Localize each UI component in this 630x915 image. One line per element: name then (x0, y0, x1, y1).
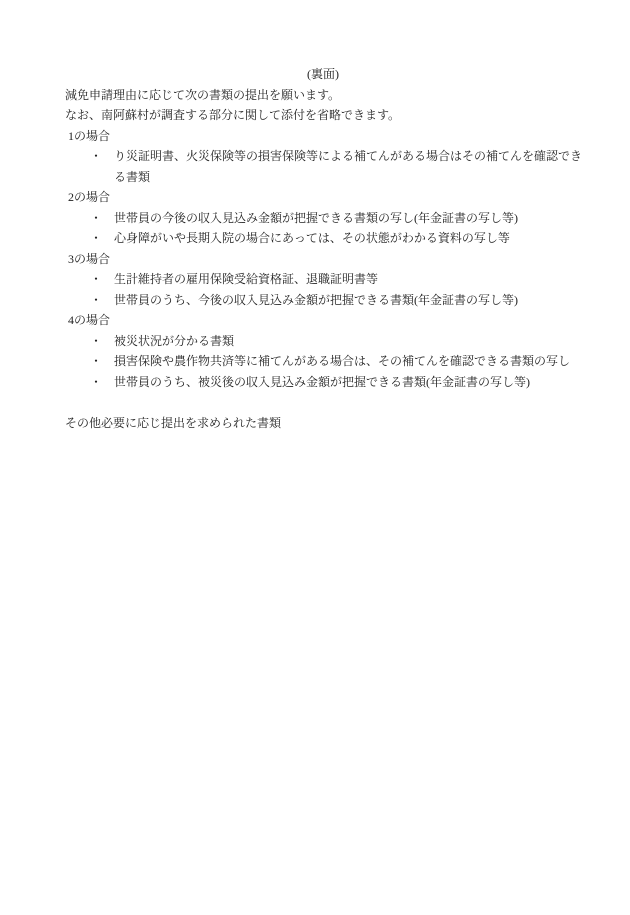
bullet-icon: ・ (90, 372, 114, 393)
case-section: 3の場合 ・ 生計維持者の雇用保険受給資格証、退職証明書等 ・ 世帯員のうち、今… (65, 249, 591, 311)
bullet-icon: ・ (90, 208, 114, 229)
document-list-item: ・ 心身障がいや長期入院の場合にあっては、その状態がわかる資料の写し等 (65, 228, 591, 249)
case-section: 1の場合 ・ り災証明書、火災保険等の損害保険等による補てんがある場合はその補て… (65, 126, 591, 188)
case-item-list: ・ 被災状況が分かる書類 ・ 損害保険や農作物共済等に補てんがある場合は、その補… (65, 331, 591, 393)
list-item-text: 心身障がいや長期入院の場合にあっては、その状態がわかる資料の写し等 (114, 228, 591, 249)
document-list-item: ・ 世帯員の今後の収入見込み金額が把握できる書類の写し(年金証書の写し等) (65, 208, 591, 229)
list-item-text: 世帯員のうち、今後の収入見込み金額が把握できる書類(年金証書の写し等) (114, 290, 591, 311)
list-item-text: 世帯員のうち、被災後の収入見込み金額が把握できる書類(年金証書の写し等) (114, 372, 591, 393)
case-item-list: ・ 世帯員の今後の収入見込み金額が把握できる書類の写し(年金証書の写し等) ・ … (65, 208, 591, 249)
document-list-item: ・ り災証明書、火災保険等の損害保険等による補てんがある場合はその補てんを確認で… (65, 146, 591, 187)
case-item-list: ・ 生計維持者の雇用保険受給資格証、退職証明書等 ・ 世帯員のうち、今後の収入見… (65, 269, 591, 310)
bullet-icon: ・ (90, 290, 114, 311)
document-list-item: ・ 損害保険や農作物共済等に補てんがある場合は、その補てんを確認できる書類の写し (65, 351, 591, 372)
intro-line-1: 減免申請理由に応じて次の書類の提出を願います。 (65, 85, 591, 106)
list-item-text: 世帯員の今後の収入見込み金額が把握できる書類の写し(年金証書の写し等) (114, 208, 591, 229)
case-heading: 4の場合 (65, 310, 591, 331)
case-item-list: ・ り災証明書、火災保険等の損害保険等による補てんがある場合はその補てんを確認で… (65, 146, 591, 187)
case-heading: 2の場合 (65, 187, 591, 208)
bullet-icon: ・ (90, 331, 114, 352)
case-sections: 1の場合 ・ り災証明書、火災保険等の損害保険等による補てんがある場合はその補て… (65, 126, 591, 393)
page-title: (裏面) (55, 64, 591, 85)
bullet-icon: ・ (90, 146, 114, 187)
document-page: (裏面) 減免申請理由に応じて次の書類の提出を願います。 なお、南阿蘇村が調査す… (0, 0, 630, 915)
document-list-item: ・ 被災状況が分かる書類 (65, 331, 591, 352)
case-heading: 3の場合 (65, 249, 591, 270)
document-list-item: ・ 世帯員のうち、今後の収入見込み金額が把握できる書類(年金証書の写し等) (65, 290, 591, 311)
case-heading: 1の場合 (65, 126, 591, 147)
document-list-item: ・ 世帯員のうち、被災後の収入見込み金額が把握できる書類(年金証書の写し等) (65, 372, 591, 393)
case-section: 2の場合 ・ 世帯員の今後の収入見込み金額が把握できる書類の写し(年金証書の写し… (65, 187, 591, 249)
document-list-item: ・ 生計維持者の雇用保険受給資格証、退職証明書等 (65, 269, 591, 290)
list-item-text: 生計維持者の雇用保険受給資格証、退職証明書等 (114, 269, 591, 290)
footer-note: その他必要に応じ提出を求められた書類 (65, 413, 591, 434)
bullet-icon: ・ (90, 269, 114, 290)
list-item-text: 被災状況が分かる書類 (114, 331, 591, 352)
case-section: 4の場合 ・ 被災状況が分かる書類 ・ 損害保険や農作物共済等に補てんがある場合… (65, 310, 591, 392)
intro-line-2: なお、南阿蘇村が調査する部分に関して添付を省略できます。 (65, 105, 591, 126)
bullet-icon: ・ (90, 228, 114, 249)
bullet-icon: ・ (90, 351, 114, 372)
list-item-text: 損害保険や農作物共済等に補てんがある場合は、その補てんを確認できる書類の写し (114, 351, 591, 372)
list-item-text: り災証明書、火災保険等の損害保険等による補てんがある場合はその補てんを確認できる… (114, 146, 591, 187)
